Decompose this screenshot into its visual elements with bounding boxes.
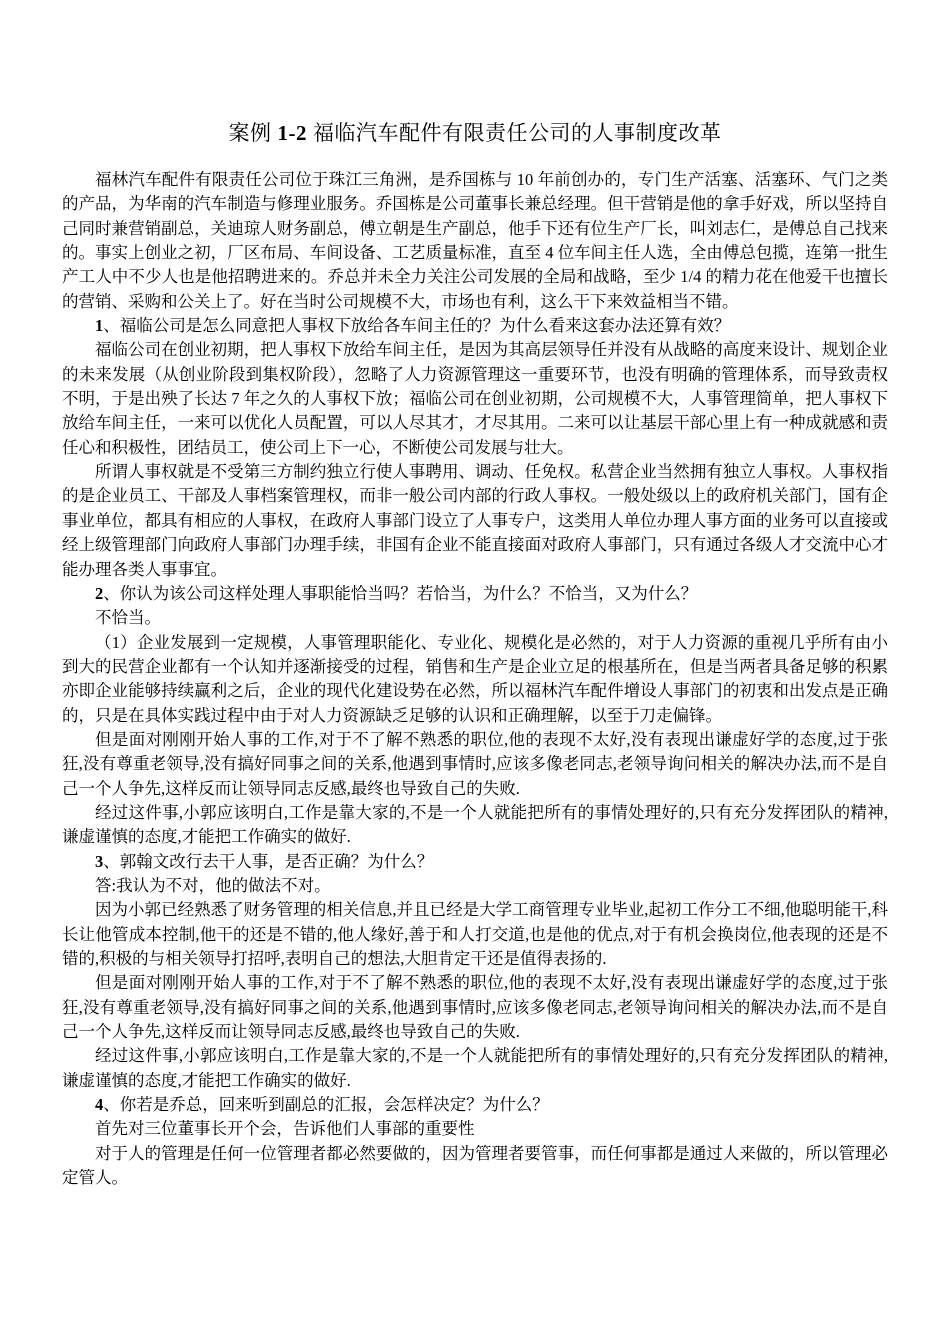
question-number: 4 bbox=[95, 1095, 103, 1114]
paragraph-answer-2d: 经过这件事,小郭应该明白,工作是靠大家的,不是一个人就能把所有的事情处理好的,只… bbox=[62, 801, 888, 850]
paragraph-text: 但是面对刚刚开始人事的工作,对于不了解不熟悉的职位,他的表现不太好,没有表现出谦… bbox=[62, 973, 888, 1041]
paragraph-text: 对于人的管理是任何一位管理者都必然要做的，因为管理者要管事，而任何事都是通过人来… bbox=[62, 1144, 888, 1187]
paragraph-question-1: 1、福临公司是怎么同意把人事权下放给各车间主任的？为什么看来这套办法还算有效？ bbox=[62, 314, 888, 338]
paragraph-answer-4b: 对于人的管理是任何一位管理者都必然要做的，因为管理者要管事，而任何事都是通过人来… bbox=[62, 1142, 888, 1191]
paragraph-question-3: 3、郭翰文改行去干人事，是否正确？为什么？ bbox=[62, 850, 888, 874]
document-body: 福林汽车配件有限责任公司位于珠江三角洲，是乔国栋与 10 年前创办的，专门生产活… bbox=[62, 168, 888, 1190]
paragraph-text: 福林汽车配件有限责任公司位于珠江三角洲，是乔国栋与 10 年前创办的，专门生产活… bbox=[62, 170, 888, 311]
paragraph-answer-3c: 但是面对刚刚开始人事的工作,对于不了解不熟悉的职位,他的表现不太好,没有表现出谦… bbox=[62, 971, 888, 1044]
paragraph-text: 、郭翰文改行去干人事，是否正确？为什么？ bbox=[103, 852, 433, 871]
question-number: 2 bbox=[95, 584, 103, 603]
paragraph-answer-3b: 因为小郭已经熟悉了财务管理的相关信息,并且已经是大学工商管理专业毕业,起初工作分… bbox=[62, 898, 888, 971]
paragraph-text: 所谓人事权就是不受第三方制约独立行使人事聘用、调动、任免权。私营企业当然拥有独立… bbox=[62, 462, 888, 578]
paragraph-text: （1）企业发展到一定规模，人事管理职能化、专业化、规模化是必然的，对于人力资源的… bbox=[62, 633, 888, 725]
paragraph-text: 福临公司在创业初期，把人事权下放给车间主任，是因为其高层领导任并没有从战略的高度… bbox=[62, 340, 888, 456]
title-text-left: 案例 bbox=[229, 121, 272, 145]
paragraph-question-4: 4、你若是乔总，回来听到副总的汇报，会怎样决定？为什么？ bbox=[62, 1093, 888, 1117]
paragraph-text: 首先对三位董事长开个会，告诉他们人事部的重要性 bbox=[95, 1119, 475, 1138]
question-number: 3 bbox=[95, 852, 103, 871]
paragraph-intro: 福林汽车配件有限责任公司位于珠江三角洲，是乔国栋与 10 年前创办的，专门生产活… bbox=[62, 168, 888, 314]
paragraph-question-2: 2、你认为该公司这样处理人事职能恰当吗？若恰当，为什么？不恰当，又为什么？ bbox=[62, 582, 888, 606]
paragraph-answer-3a: 答:我认为不对，他的做法不对。 bbox=[62, 874, 888, 898]
question-number: 1 bbox=[95, 316, 103, 335]
paragraph-text: 不恰当。 bbox=[95, 608, 161, 627]
paragraph-answer-1a: 福临公司在创业初期，把人事权下放给车间主任，是因为其高层领导任并没有从战略的高度… bbox=[62, 338, 888, 460]
paragraph-text: 、福临公司是怎么同意把人事权下放给各车间主任的？为什么看来这套办法还算有效？ bbox=[103, 316, 730, 335]
paragraph-answer-2c: 但是面对刚刚开始人事的工作,对于不了解不熟悉的职位,他的表现不太好,没有表现出谦… bbox=[62, 728, 888, 801]
title-number: 1-2 bbox=[278, 121, 308, 145]
document-title: 案例1-2福临汽车配件有限责任公司的人事制度改革 bbox=[62, 118, 888, 148]
paragraph-text: 答:我认为不对，他的做法不对。 bbox=[95, 876, 331, 895]
paragraph-text: 、你认为该公司这样处理人事职能恰当吗？若恰当，为什么？不恰当，又为什么？ bbox=[103, 584, 697, 603]
paragraph-text: 经过这件事,小郭应该明白,工作是靠大家的,不是一个人就能把所有的事情处理好的,只… bbox=[62, 1046, 888, 1089]
paragraph-text: 因为小郭已经熟悉了财务管理的相关信息,并且已经是大学工商管理专业毕业,起初工作分… bbox=[62, 900, 888, 968]
paragraph-answer-1b: 所谓人事权就是不受第三方制约独立行使人事聘用、调动、任免权。私营企业当然拥有独立… bbox=[62, 460, 888, 582]
paragraph-answer-3d: 经过这件事,小郭应该明白,工作是靠大家的,不是一个人就能把所有的事情处理好的,只… bbox=[62, 1044, 888, 1093]
paragraph-text: 、你若是乔总，回来听到副总的汇报，会怎样决定？为什么？ bbox=[103, 1095, 549, 1114]
paragraph-answer-2b: （1）企业发展到一定规模，人事管理职能化、专业化、规模化是必然的，对于人力资源的… bbox=[62, 631, 888, 728]
paragraph-text: 经过这件事,小郭应该明白,工作是靠大家的,不是一个人就能把所有的事情处理好的,只… bbox=[62, 803, 888, 846]
paragraph-text: 但是面对刚刚开始人事的工作,对于不了解不熟悉的职位,他的表现不太好,没有表现出谦… bbox=[62, 730, 888, 798]
title-text-right: 福临汽车配件有限责任公司的人事制度改革 bbox=[313, 121, 722, 145]
paragraph-answer-4a: 首先对三位董事长开个会，告诉他们人事部的重要性 bbox=[62, 1117, 888, 1141]
paragraph-answer-2a: 不恰当。 bbox=[62, 606, 888, 630]
document-page: 案例1-2福临汽车配件有限责任公司的人事制度改革 福林汽车配件有限责任公司位于珠… bbox=[0, 0, 950, 1344]
